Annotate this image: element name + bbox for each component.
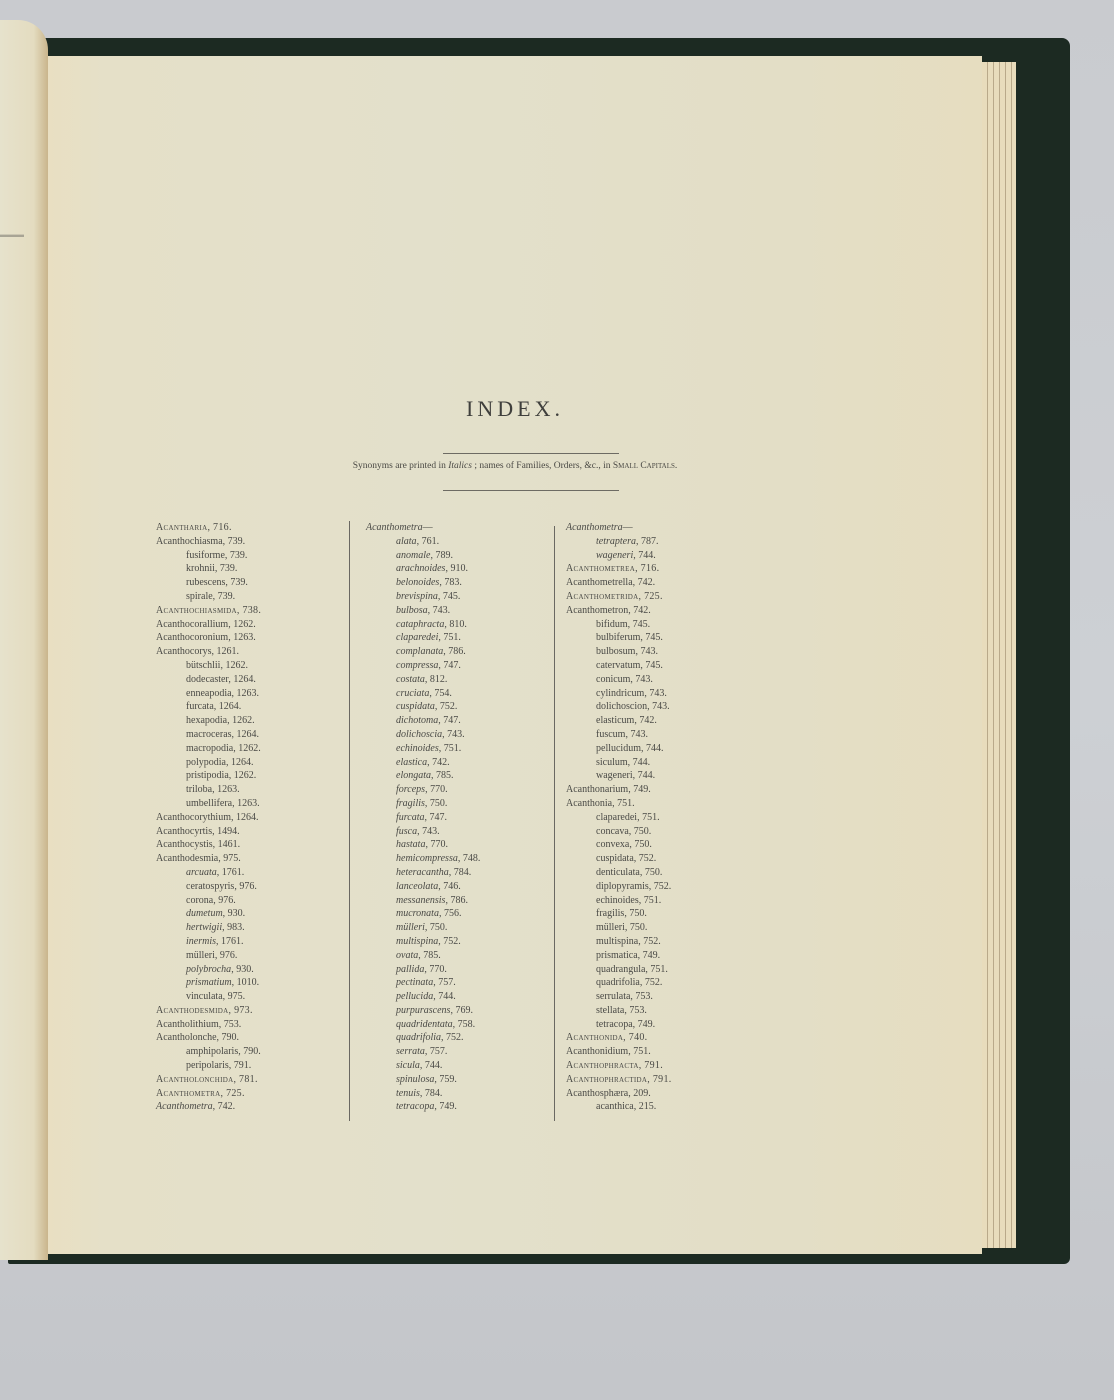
index-entry: Acanthocorythium, 1264. (156, 811, 261, 825)
title-rule-bottom (443, 490, 619, 491)
column-divider-1 (349, 521, 350, 1121)
index-entry: claparedei, 751. (566, 811, 672, 825)
index-entry: compressa, 747. (366, 659, 480, 673)
index-entry: diplopyramis, 752. (566, 880, 672, 894)
legend-prefix: Synonyms are printed in (353, 461, 449, 471)
legend-smallcaps: Small Capitals. (613, 461, 677, 471)
index-entry: Acanthocystis, 1461. (156, 838, 261, 852)
legend-note: Synonyms are printed in Italics ; names … (48, 461, 982, 471)
page-edges (982, 62, 1016, 1248)
index-entry: echinoides, 751. (366, 742, 480, 756)
index-entry: Acanthometrea, 716. (566, 562, 672, 576)
index-entry: belonoides, 783. (366, 576, 480, 590)
index-entry: Acanthocyrtis, 1494. (156, 825, 261, 839)
index-entry: prismatica, 749. (566, 949, 672, 963)
index-entry: bulbosa, 743. (366, 604, 480, 618)
index-entry: Acanthophracta, 791. (566, 1059, 672, 1073)
index-column-3: Acanthometra—tetraptera, 787.wageneri, 7… (566, 521, 672, 1114)
index-entry: pristipodia, 1262. (156, 769, 261, 783)
index-entry: Acanthometra, 742. (156, 1100, 261, 1114)
index-entry: complanata, 786. (366, 645, 480, 659)
index-entry: cuspidata, 752. (366, 700, 480, 714)
index-entry: bütschlii, 1262. (156, 659, 261, 673)
index-entry: macropodia, 1262. (156, 742, 261, 756)
index-entry: peripolaris, 791. (156, 1059, 261, 1073)
index-entry: forceps, 770. (366, 783, 480, 797)
index-entry: multispina, 752. (366, 935, 480, 949)
index-entry: pallida, 770. (366, 963, 480, 977)
index-entry: umbellifera, 1263. (156, 797, 261, 811)
index-entry: hastata, 770. (366, 838, 480, 852)
index-entry: quadridentata, 758. (366, 1018, 480, 1032)
index-entry: arcuata, 1761. (156, 866, 261, 880)
index-entry: dumetum, 930. (156, 907, 261, 921)
index-entry: tetracopa, 749. (366, 1100, 480, 1114)
page-title: INDEX. (48, 396, 982, 422)
index-entry: serrulata, 753. (566, 990, 672, 1004)
index-entry: wageneri, 744. (566, 769, 672, 783)
title-rule-top (443, 453, 619, 454)
index-entry: fusiforme, 739. (156, 549, 261, 563)
index-entry: cylindricum, 743. (566, 687, 672, 701)
legend-middle: ; names of Families, Orders, &c., in (472, 461, 613, 471)
index-entry: Acanthochiasma, 739. (156, 535, 261, 549)
index-entry: lanceolata, 746. (366, 880, 480, 894)
index-entry: dichotoma, 747. (366, 714, 480, 728)
index-entry: anomale, 789. (366, 549, 480, 563)
index-entry: purpurascens, 769. (366, 1004, 480, 1018)
index-entry: amphipolaris, 790. (156, 1045, 261, 1059)
index-entry: Acanthonia, 751. (566, 797, 672, 811)
index-entry: tenuis, 784. (366, 1087, 480, 1101)
index-entry: Acanthometrella, 742. (566, 576, 672, 590)
index-entry: stellata, 753. (566, 1004, 672, 1018)
index-entry: Acanthometra— (366, 521, 480, 535)
index-entry: tetracopa, 749. (566, 1018, 672, 1032)
index-entry: convexa, 750. (566, 838, 672, 852)
legend-italics: Italics (448, 461, 472, 471)
index-entry: elasticum, 742. (566, 714, 672, 728)
index-entry: wageneri, 744. (566, 549, 672, 563)
index-entry: Acanthochiasmida, 738. (156, 604, 261, 618)
index-entry: Acanthometra, 725. (156, 1087, 261, 1101)
index-entry: Acanthocoronium, 1263. (156, 631, 261, 645)
index-entry: multispina, 752. (566, 935, 672, 949)
index-entry: triloba, 1263. (156, 783, 261, 797)
index-entry: furcata, 747. (366, 811, 480, 825)
index-entry: costata, 812. (366, 673, 480, 687)
index-entry: Acanthometrida, 725. (566, 590, 672, 604)
index-entry: Acantholonchida, 781. (156, 1073, 261, 1087)
index-entry: pellucida, 744. (366, 990, 480, 1004)
index-entry: mülleri, 750. (366, 921, 480, 935)
index-entry: echinoides, 751. (566, 894, 672, 908)
index-entry: prismatium, 1010. (156, 976, 261, 990)
index-entry: quadrifolia, 752. (566, 976, 672, 990)
index-entry: bulbiferum, 745. (566, 631, 672, 645)
index-entry: hertwigii, 983. (156, 921, 261, 935)
index-entry: ovata, 785. (366, 949, 480, 963)
index-entry: tetraptera, 787. (566, 535, 672, 549)
index-entry: fragilis, 750. (366, 797, 480, 811)
index-entry: elastica, 742. (366, 756, 480, 770)
index-entry: serrata, 757. (366, 1045, 480, 1059)
index-entry: fragilis, 750. (566, 907, 672, 921)
index-entry: claparedei, 751. (366, 631, 480, 645)
index-entry: mucronata, 756. (366, 907, 480, 921)
index-entry: fuscum, 743. (566, 728, 672, 742)
index-entry: messanensis, 786. (366, 894, 480, 908)
index-column-2: Acanthometra—alata, 761.anomale, 789.ara… (366, 521, 480, 1114)
index-entry: conicum, 743. (566, 673, 672, 687)
index-entry: polypodia, 1264. (156, 756, 261, 770)
index-entry: concava, 750. (566, 825, 672, 839)
index-entry: sicula, 744. (366, 1059, 480, 1073)
index-entry: corona, 976. (156, 894, 261, 908)
index-entry: dodecaster, 1264. (156, 673, 261, 687)
index-entry: siculum, 744. (566, 756, 672, 770)
index-entry: quadrifolia, 752. (366, 1031, 480, 1045)
index-entry: Acanthometron, 742. (566, 604, 672, 618)
index-entry: brevispina, 745. (366, 590, 480, 604)
index-entry: Acantharia, 716. (156, 521, 261, 535)
index-entry: Acanthophractida, 791. (566, 1073, 672, 1087)
index-entry: Acanthonida, 740. (566, 1031, 672, 1045)
index-entry: Acanthonarium, 749. (566, 783, 672, 797)
index-page: INDEX. Synonyms are printed in Italics ;… (48, 56, 982, 1254)
index-entry: denticulata, 750. (566, 866, 672, 880)
index-entry: inermis, 1761. (156, 935, 261, 949)
index-entry: furcata, 1264. (156, 700, 261, 714)
index-entry: alata, 761. (366, 535, 480, 549)
index-entry: krohnii, 739. (156, 562, 261, 576)
index-entry: ceratospyris, 976. (156, 880, 261, 894)
index-entry: bulbosum, 743. (566, 645, 672, 659)
index-entry: Acanthosphæra, 209. (566, 1087, 672, 1101)
index-entry: Acanthodesmia, 975. (156, 852, 261, 866)
index-entry: polybrocha, 930. (156, 963, 261, 977)
index-entry: catervatum, 745. (566, 659, 672, 673)
index-entry: cuspidata, 752. (566, 852, 672, 866)
index-entry: quadrangula, 751. (566, 963, 672, 977)
index-entry: hemicompressa, 748. (366, 852, 480, 866)
index-entry: spinulosa, 759. (366, 1073, 480, 1087)
index-entry: Acantholithium, 753. (156, 1018, 261, 1032)
index-entry: enneapodia, 1263. (156, 687, 261, 701)
index-entry: Acanthocorys, 1261. (156, 645, 261, 659)
facing-page-text: ▬▬▬ (0, 230, 24, 239)
index-entry: hexapodia, 1262. (156, 714, 261, 728)
index-entry: Acanthodesmida, 973. (156, 1004, 261, 1018)
index-entry: arachnoides, 910. (366, 562, 480, 576)
index-column-1: Acantharia, 716.Acanthochiasma, 739.fusi… (156, 521, 261, 1114)
index-entry: Acanthocorallium, 1262. (156, 618, 261, 632)
index-entry: vinculata, 975. (156, 990, 261, 1004)
index-entry: acanthica, 215. (566, 1100, 672, 1114)
index-entry: macroceras, 1264. (156, 728, 261, 742)
index-entry: Acanthometra— (566, 521, 672, 535)
index-entry: dolichoscion, 743. (566, 700, 672, 714)
index-entry: spirale, 739. (156, 590, 261, 604)
index-entry: elongata, 785. (366, 769, 480, 783)
index-entry: cataphracta, 810. (366, 618, 480, 632)
index-entry: cruciata, 754. (366, 687, 480, 701)
index-entry: rubescens, 739. (156, 576, 261, 590)
index-entry: pellucidum, 744. (566, 742, 672, 756)
column-divider-2 (554, 526, 555, 1121)
index-entry: Acanthonidium, 751. (566, 1045, 672, 1059)
facing-page-edge: ▬▬▬ (0, 20, 48, 1260)
index-entry: fusca, 743. (366, 825, 480, 839)
index-entry: pectinata, 757. (366, 976, 480, 990)
index-entry: Acantholonche, 790. (156, 1031, 261, 1045)
index-entry: heteracantha, 784. (366, 866, 480, 880)
index-entry: dolichoscia, 743. (366, 728, 480, 742)
index-entry: mülleri, 750. (566, 921, 672, 935)
index-entry: bifidum, 745. (566, 618, 672, 632)
index-entry: mülleri, 976. (156, 949, 261, 963)
